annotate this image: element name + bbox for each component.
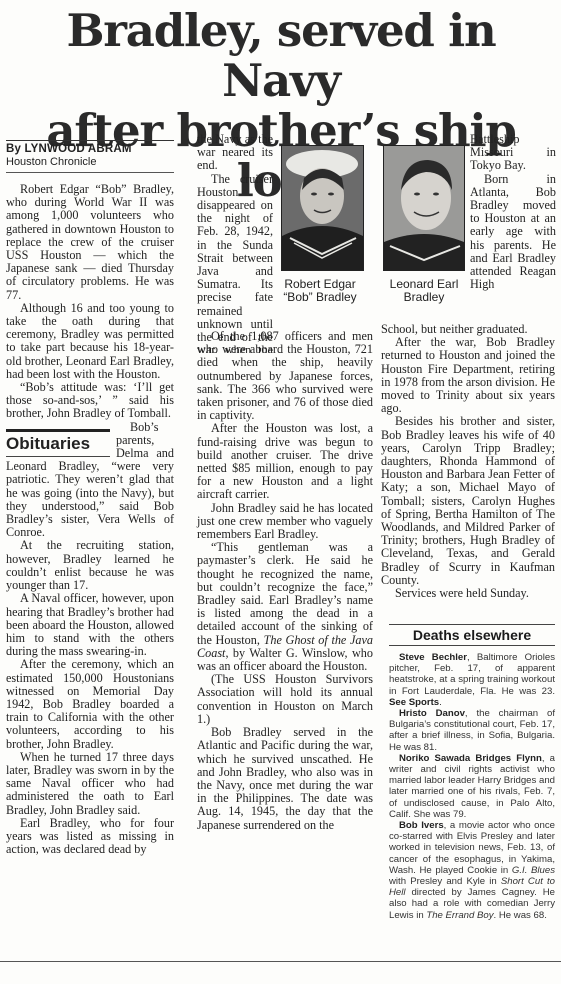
paragraph: the Navy as the war neared its end. — [197, 133, 273, 173]
paragraph: Besides his brother and sister, Bob Brad… — [381, 415, 555, 587]
section-label: Obituaries — [6, 432, 110, 456]
death-text: . He was 68. — [494, 910, 547, 921]
death-name: Steve Bechler — [399, 652, 467, 663]
article-column-1: By LYNWOOD ABRAM Houston Chronicle Rober… — [6, 140, 174, 856]
paragraph: Services were held Sunday. — [381, 587, 555, 600]
portrait-sailor-icon — [384, 146, 464, 270]
deaths-rule-bottom — [389, 645, 555, 646]
death-name: Bob Ivers — [399, 820, 444, 831]
death-text: . — [439, 697, 442, 708]
byline: By LYNWOOD ABRAM Houston Chronicle — [6, 140, 174, 173]
death-text: with Presley and Kyle in — [389, 876, 501, 887]
headline-line-1: Bradley, served in Navy — [6, 6, 556, 106]
paragraph: Earl Bradley, who for four years was lis… — [6, 817, 174, 857]
deaths-elsewhere-title: Deaths elsewhere — [389, 625, 555, 645]
paragraph: “This gentleman was a paymaster’s clerk.… — [197, 541, 373, 673]
death-entry: Noriko Sawada Bridges Flynn, a writer an… — [389, 753, 555, 820]
paragraph: “Bob’s attitude was: ‘I’ll get those so-… — [6, 381, 174, 421]
paragraph: The cruiser Houston disappeared on the n… — [197, 173, 273, 353]
paragraph: Robert Edgar “Bob” Bradley, who during W… — [6, 183, 174, 302]
paragraph: Although 16 and too young to take the oa… — [6, 302, 174, 381]
section-rule-bottom — [6, 456, 110, 457]
death-name: Noriko Sawada Bridges Flynn — [399, 753, 542, 764]
article-column-2-wide: Of the 1,087 officers and men who were a… — [197, 330, 373, 832]
byline-author: By LYNWOOD ABRAM — [6, 143, 174, 156]
newspaper-clipping: Bradley, served in Navy after brother’s … — [0, 0, 561, 984]
photo-robert-bradley — [281, 145, 364, 271]
page-bottom-rule — [0, 961, 561, 962]
article-column-3: School, but neither graduated. After the… — [381, 323, 555, 600]
photo-caption-leonard: Leonard Earl Bradley — [378, 278, 470, 304]
paragraph: John Bradley said he has located just on… — [197, 502, 373, 542]
paragraph: After the ceremony, which an estimated 1… — [6, 658, 174, 750]
article-column-3-narrow: Battleship Missouri in Tokyo Bay. Born i… — [470, 133, 556, 291]
byline-rule — [6, 172, 174, 173]
portrait-sailor-icon — [282, 146, 363, 270]
paragraph: (The USS Houston Survivors Association w… — [197, 673, 373, 726]
paragraph: At the recruiting station, however, Brad… — [6, 539, 174, 592]
quote-text: “This gentleman was a paymaster’s clerk.… — [197, 540, 373, 646]
see-sports-link: See Sports — [389, 697, 439, 708]
film-title: The Errand Boy — [426, 910, 493, 921]
paragraph: Of the 1,087 officers and men who were a… — [197, 330, 373, 422]
paragraph: After the Houston was lost, a fund-raisi… — [197, 422, 373, 501]
paragraph: A Naval officer, however, upon hearing t… — [6, 592, 174, 658]
paragraph: Born in Atlanta, Bob Bradley moved to Ho… — [470, 173, 556, 292]
deaths-elsewhere-box: Deaths elsewhere Steve Bechler, Baltimor… — [389, 624, 555, 921]
photo-leonard-bradley — [383, 145, 465, 271]
paragraph: After the war, Bob Bradley returned to H… — [381, 336, 555, 415]
section-label-box: Obituaries — [6, 429, 110, 457]
death-entry: Hristo Danov, the chairman of Bulgaria’s… — [389, 708, 555, 753]
paragraph: Bob Bradley served in the Atlantic and P… — [197, 726, 373, 832]
photo-caption-robert: Robert Edgar “Bob” Bradley — [270, 278, 370, 304]
death-entry: Steve Bechler, Baltimore Orioles pitcher… — [389, 652, 555, 708]
article-column-2-narrow: the Navy as the war neared its end. The … — [197, 133, 273, 353]
paragraph: Battleship Missouri in Tokyo Bay. — [470, 133, 556, 173]
paragraph: When he turned 17 three days later, Brad… — [6, 751, 174, 817]
film-title: G.I. Blues — [512, 865, 555, 876]
byline-organization: Houston Chronicle — [6, 156, 174, 169]
death-entry: Bob Ivers, a movie actor who once co-sta… — [389, 820, 555, 921]
death-name: Hristo Danov — [399, 708, 465, 719]
